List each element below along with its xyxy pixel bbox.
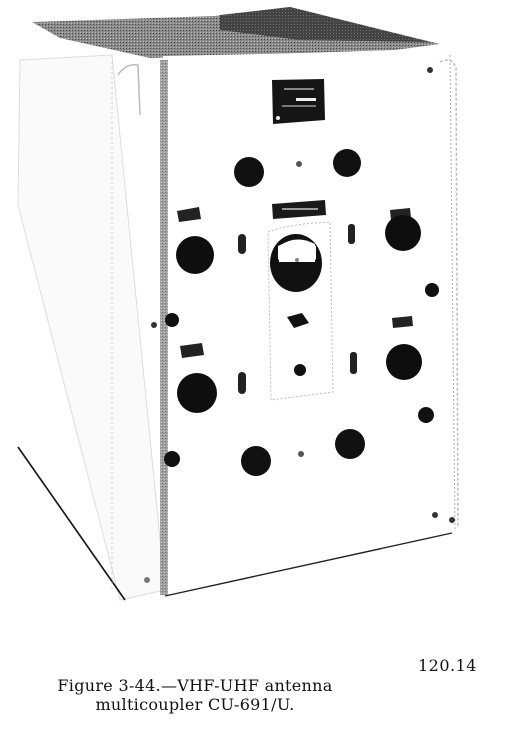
caption-line-1: Figure 3-44.—VHF-UHF antenna — [0, 676, 390, 695]
equipment-photo — [0, 0, 518, 620]
figure-caption: Figure 3-44.—VHF-UHF antenna multicouple… — [0, 676, 390, 714]
caption-line-2: multicoupler CU-691/U. — [0, 695, 390, 714]
cabinet-top — [32, 7, 440, 58]
cabinet-side — [18, 55, 165, 600]
figure-number: 120.14 — [418, 656, 477, 675]
nameplate — [272, 79, 325, 124]
